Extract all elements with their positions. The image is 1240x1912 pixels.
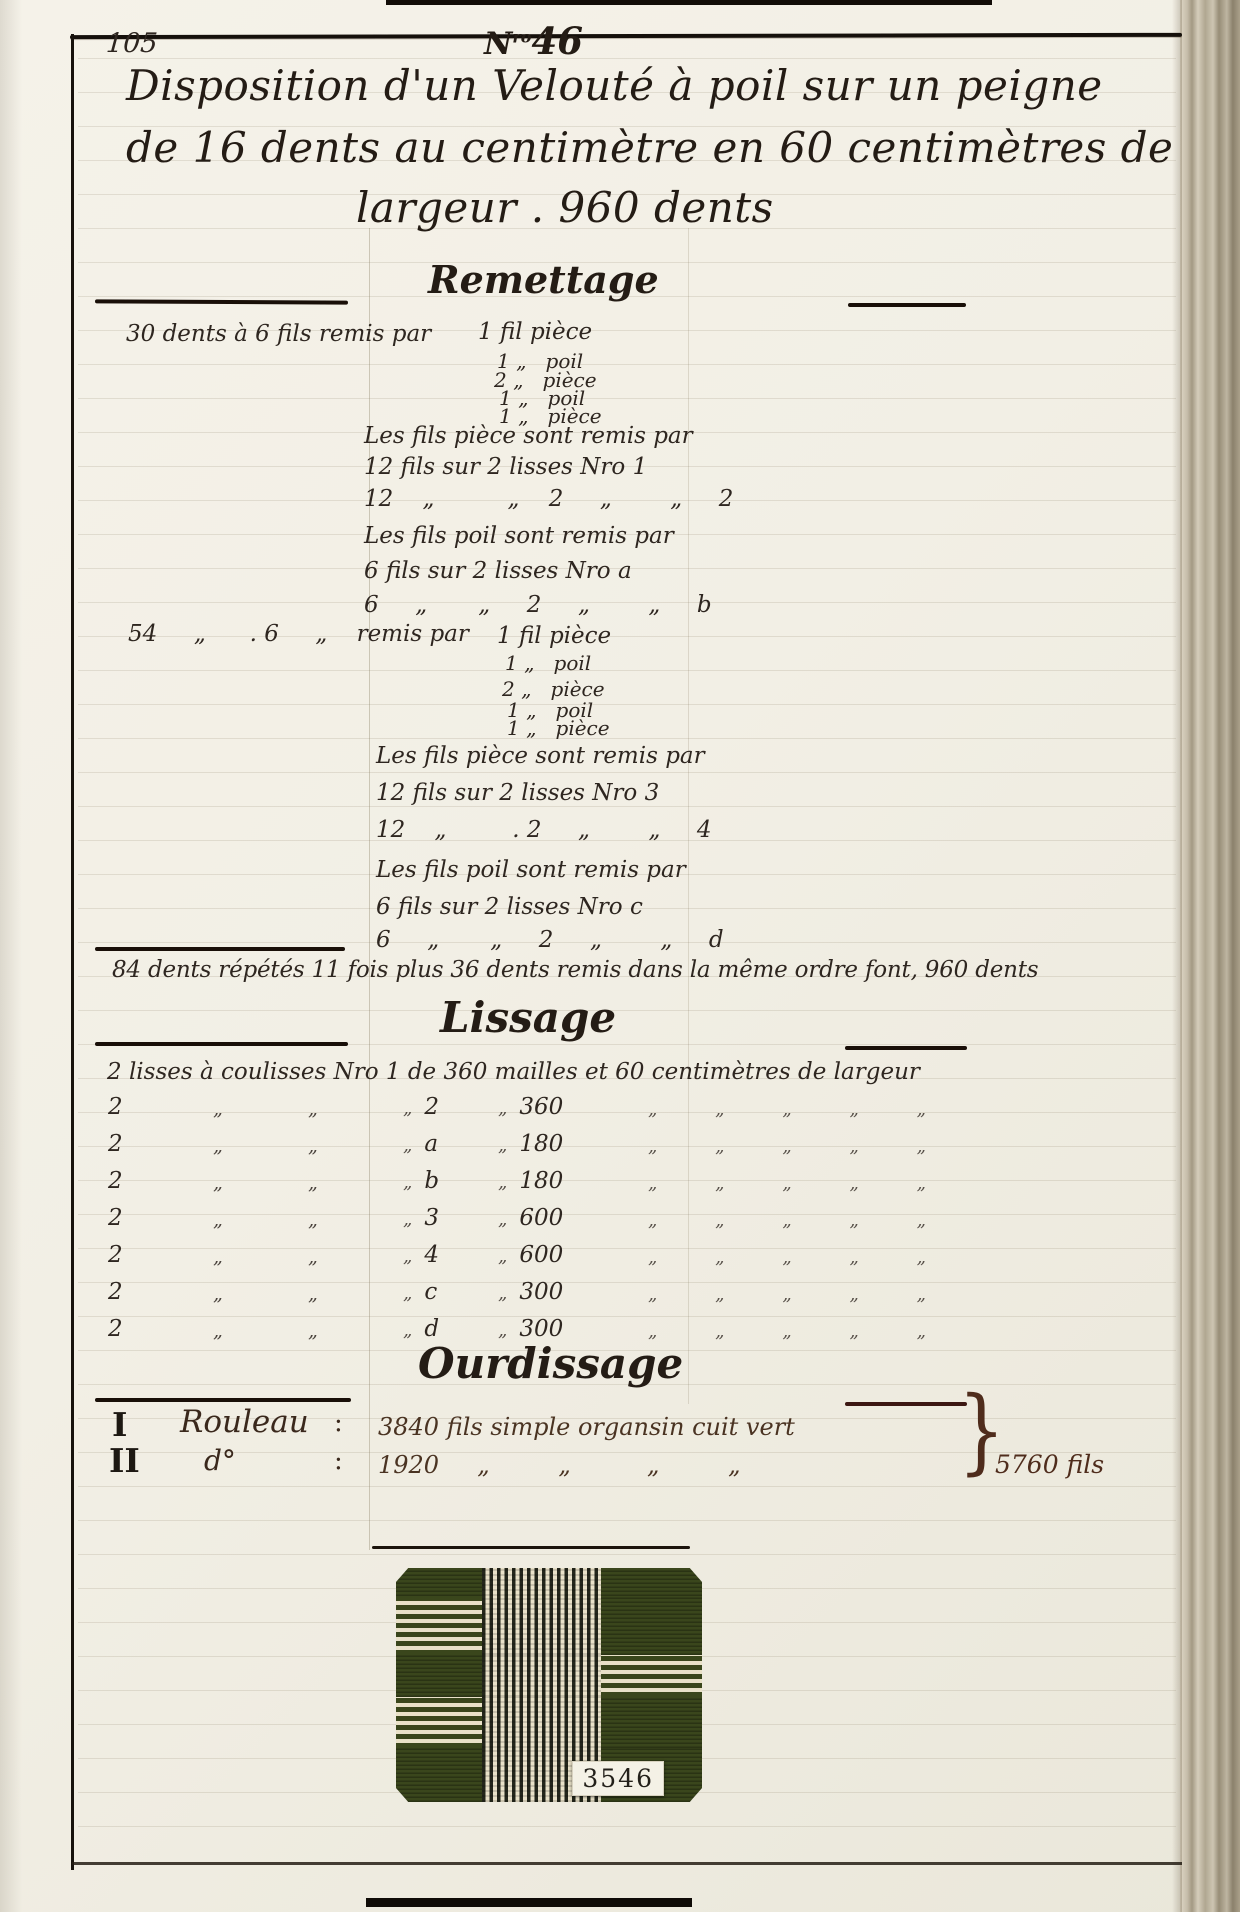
- folio-value: 46: [531, 19, 583, 63]
- swatch-cell-green: [396, 1568, 482, 1596]
- ditto-mark: „: [715, 1321, 724, 1342]
- ditto-mark: „: [782, 1210, 791, 1231]
- ditto-mark: „: [308, 1205, 403, 1231]
- ditto-mark: „: [498, 1098, 507, 1119]
- lissage-row-first: 2 lisses à coulisses Nro 1 de 360 maille…: [107, 1060, 920, 1084]
- ditto-marks-row: „„„„„: [618, 1131, 940, 1157]
- lissage-count: 2: [100, 1131, 213, 1157]
- lissage-count: 2: [100, 1168, 213, 1194]
- ditto-marks-row: „„„„„: [618, 1205, 940, 1231]
- ditto-mark: „: [308, 1242, 403, 1268]
- lisse-no-value: b: [424, 1168, 439, 1194]
- ditto-mark: „: [917, 1136, 926, 1157]
- lisse-no-value: 3: [424, 1205, 439, 1231]
- remettage-b2-poil-1: 6 fils sur 2 lisses Nro c: [376, 895, 643, 919]
- ditto-mark: „: [648, 1173, 657, 1194]
- remettage-b1-poil-2: 6 „ „ 2 „ „ b: [364, 593, 712, 617]
- ditto-mark: „: [308, 1131, 403, 1157]
- ourdissage-row2-numeral: II: [109, 1444, 140, 1479]
- ditto-marks-row: „„„„„: [618, 1279, 940, 1305]
- mailles-value: 600: [519, 1205, 563, 1231]
- lissage-row: 2 „ „ „4 „600 „„„„„: [100, 1242, 940, 1272]
- ditto-mark: „: [715, 1247, 724, 1268]
- lissage-row: 2 „ „ „b „180 „„„„„: [100, 1168, 940, 1198]
- lissage-row: 2 „ „ „a „180 „„„„„: [100, 1131, 940, 1161]
- remettage-b2-sub: 1 „ pièce: [507, 718, 610, 739]
- remettage-b2-piece-2: 12 „ . 2 „ „ 4: [376, 818, 712, 842]
- top-edge-rule: [386, 0, 992, 5]
- ditto-mark: „: [849, 1284, 858, 1305]
- lissage-count: 2: [100, 1094, 213, 1120]
- ditto-marks-row: „„„„„: [618, 1094, 940, 1120]
- swatch-rule: [372, 1546, 690, 1549]
- ourdissage-row2-label: d°: [204, 1446, 236, 1475]
- folio-superscript: ro: [512, 28, 531, 47]
- ditto-mark: „: [715, 1210, 724, 1231]
- ditto-mark: „: [917, 1247, 926, 1268]
- mailles-value: 180: [519, 1131, 563, 1157]
- lissage-lisse-no: „c: [403, 1279, 498, 1305]
- swatch-band: [396, 1596, 702, 1655]
- remettage-b1-first: 1 fil pièce: [478, 320, 592, 344]
- ditto-mark: „: [498, 1135, 507, 1156]
- ourdissage-row1-colon: :: [334, 1410, 343, 1437]
- ditto-mark: „: [213, 1316, 308, 1342]
- ditto-mark: „: [917, 1321, 926, 1342]
- lisse-no-value: 4: [424, 1242, 439, 1268]
- section-rule: [95, 947, 345, 951]
- ditto-mark: „: [782, 1284, 791, 1305]
- ditto-mark: „: [403, 1209, 412, 1230]
- lissage-row: 2 „ „ „c „300 „„„„„: [100, 1279, 940, 1309]
- fabric-swatch: 3546: [396, 1568, 702, 1802]
- ourdissage-row1-text: 3840 fils simple organsin cuit vert: [378, 1415, 795, 1440]
- ditto-mark: „: [403, 1246, 412, 1267]
- page-number: 105: [105, 30, 159, 58]
- ditto-mark: „: [849, 1173, 858, 1194]
- ditto-mark: „: [849, 1321, 858, 1342]
- swatch-number-label: 3546: [572, 1761, 664, 1796]
- ditto-mark: „: [648, 1284, 657, 1305]
- ditto-mark: „: [213, 1279, 308, 1305]
- swatch-band: [396, 1655, 702, 1697]
- ditto-mark: „: [213, 1094, 308, 1120]
- ditto-mark: „: [403, 1320, 412, 1341]
- remettage-b1-intro: 30 dents à 6 fils remis par: [126, 322, 431, 346]
- manuscript-page-photo: 105 Nro46 Disposition d'un Velouté à poi…: [0, 0, 1240, 1912]
- remettage-b1-poil-note: Les fils poil sont remis par: [364, 524, 674, 548]
- swatch-cell-vstripe: [482, 1596, 601, 1655]
- section-rule: [848, 303, 966, 307]
- remettage-b2-piece-1: 12 fils sur 2 lisses Nro 3: [376, 781, 659, 805]
- swatch-cell-green: [601, 1697, 702, 1748]
- page-frame-bottom: [72, 1862, 1182, 1865]
- ditto-mark: „: [782, 1099, 791, 1120]
- book-page-edges: [1180, 0, 1240, 1912]
- ditto-mark: „: [213, 1242, 308, 1268]
- swatch-cell-vstripe: [482, 1655, 601, 1697]
- ditto-mark: „: [782, 1173, 791, 1194]
- ditto-mark: „: [849, 1247, 858, 1268]
- swatch-cell-hstripe: [601, 1655, 702, 1697]
- ditto-mark: „: [715, 1099, 724, 1120]
- ditto-mark: „: [648, 1210, 657, 1231]
- lissage-lisse-no: „b: [403, 1168, 498, 1194]
- ourdissage-row1-label: Rouleau: [180, 1406, 309, 1439]
- ourdissage-row2-colon: :: [334, 1448, 343, 1475]
- lissage-lisse-no: „3: [403, 1205, 498, 1231]
- swatch-band: [396, 1568, 702, 1596]
- section-heading-ourdissage: Ourdissage: [418, 1342, 683, 1386]
- lissage-count: 2: [100, 1316, 213, 1342]
- ditto-mark: „: [849, 1099, 858, 1120]
- lissage-mailles: „180: [498, 1131, 618, 1157]
- remettage-b1-piece-1: 12 fils sur 2 lisses Nro 1: [364, 455, 647, 479]
- remettage-b2-poil-note: Les fils poil sont remis par: [376, 858, 686, 882]
- page-frame-left: [71, 34, 74, 1870]
- ditto-mark: „: [403, 1098, 412, 1119]
- lisse-no-value: c: [424, 1279, 437, 1305]
- ditto-mark: „: [715, 1284, 724, 1305]
- ditto-mark: „: [498, 1209, 507, 1230]
- lissage-count: 2: [100, 1242, 213, 1268]
- ditto-mark: „: [308, 1094, 403, 1120]
- swatch-cell-hstripe: [396, 1697, 482, 1748]
- lissage-mailles: „180: [498, 1168, 618, 1194]
- swatch-band: [396, 1697, 702, 1748]
- title-line-1: Disposition d'un Velouté à poil sur un p…: [126, 64, 1103, 108]
- folio-n: N: [484, 26, 512, 62]
- swatch-cell-hstripe: [396, 1596, 482, 1655]
- swatch-cell-vstripe: [482, 1697, 601, 1748]
- lissage-mailles: „600: [498, 1242, 618, 1268]
- ditto-mark: „: [403, 1172, 412, 1193]
- lissage-lisse-no: „2: [403, 1094, 498, 1120]
- ditto-mark: „: [213, 1131, 308, 1157]
- lisse-no-value: a: [424, 1131, 438, 1157]
- section-rule: [845, 1402, 967, 1406]
- remettage-b1-piece-2: 12 „ „ 2 „ „ 2: [364, 487, 733, 511]
- lissage-lisse-no: „4: [403, 1242, 498, 1268]
- ditto-mark: „: [498, 1172, 507, 1193]
- ditto-mark: „: [917, 1284, 926, 1305]
- ourdissage-row2-text: 1920 „ „ „ „: [378, 1453, 741, 1478]
- remettage-b2-poil-2: 6 „ „ 2 „ „ d: [376, 928, 724, 952]
- lissage-row: 2 „ „ „2 „360 „„„„„: [100, 1094, 940, 1124]
- mailles-value: 360: [519, 1094, 563, 1120]
- ditto-mark: „: [403, 1283, 412, 1304]
- lissage-count: 2: [100, 1205, 213, 1231]
- ditto-mark: „: [308, 1168, 403, 1194]
- ditto-marks-row: „„„„„: [618, 1242, 940, 1268]
- ditto-mark: „: [917, 1173, 926, 1194]
- ditto-mark: „: [403, 1135, 412, 1156]
- ditto-mark: „: [782, 1247, 791, 1268]
- remettage-summary: 84 dents répétés 11 fois plus 36 dents r…: [112, 958, 1038, 982]
- remettage-b2-intro: 54 „ . 6 „ remis par: [128, 622, 469, 646]
- ditto-mark: „: [213, 1205, 308, 1231]
- ourdissage-total: 5760 fils: [995, 1452, 1104, 1478]
- left-page-shading: [0, 0, 22, 1912]
- title-line-3: largeur . 960 dents: [356, 186, 774, 230]
- swatch-cell-green: [396, 1655, 482, 1697]
- mailles-value: 600: [519, 1242, 563, 1268]
- section-rule: [95, 1042, 348, 1046]
- ditto-mark: „: [648, 1136, 657, 1157]
- lissage-lisse-no: „a: [403, 1131, 498, 1157]
- title-line-2: de 16 dents au centimètre en 60 centimèt…: [126, 126, 1173, 170]
- section-heading-remettage: Remettage: [428, 260, 659, 300]
- lisse-no-value: 2: [424, 1094, 439, 1120]
- section-heading-lissage: Lissage: [440, 996, 616, 1040]
- remettage-b2-first: 1 fil pièce: [497, 624, 611, 648]
- lissage-mailles: „300: [498, 1279, 618, 1305]
- mailles-value: 300: [519, 1279, 563, 1305]
- ditto-mark: „: [498, 1320, 507, 1341]
- ditto-mark: „: [849, 1210, 858, 1231]
- remettage-b1-piece-note: Les fils pièce sont remis par: [364, 424, 693, 448]
- section-rule: [845, 1046, 967, 1050]
- page-frame-top: [70, 33, 1182, 39]
- section-rule: [95, 1398, 351, 1402]
- ditto-mark: „: [782, 1136, 791, 1157]
- ditto-mark: „: [498, 1246, 507, 1267]
- remettage-b2-sub: 1 „ poil: [505, 653, 591, 674]
- swatch-cell-green: [396, 1748, 482, 1802]
- lissage-count: 2: [100, 1279, 213, 1305]
- lissage-mailles: „360: [498, 1094, 618, 1120]
- remettage-b2-sub: 2 „ pièce: [502, 679, 605, 700]
- ditto-mark: „: [648, 1247, 657, 1268]
- ditto-mark: „: [917, 1099, 926, 1120]
- ourdissage-row1-numeral: I: [112, 1408, 127, 1443]
- remettage-b1-poil-1: 6 fils sur 2 lisses Nro a: [364, 559, 632, 583]
- ditto-mark: „: [782, 1321, 791, 1342]
- ditto-mark: „: [308, 1316, 403, 1342]
- mailles-value: 180: [519, 1168, 563, 1194]
- folio-number: Nro46: [484, 22, 583, 61]
- remettage-b2-piece-note: Les fils pièce sont remis par: [376, 744, 705, 768]
- ditto-mark: „: [715, 1173, 724, 1194]
- bottom-margin-rule: [366, 1898, 692, 1907]
- ditto-mark: „: [308, 1279, 403, 1305]
- lissage-row: 2 „ „ „3 „600 „„„„„: [100, 1205, 940, 1235]
- ditto-mark: „: [648, 1099, 657, 1120]
- ditto-mark: „: [849, 1136, 858, 1157]
- ditto-mark: „: [917, 1210, 926, 1231]
- ditto-marks-row: „„„„„: [618, 1168, 940, 1194]
- swatch-cell-green: [601, 1568, 702, 1596]
- swatch-cell-vstripe: [482, 1568, 601, 1596]
- ditto-mark: „: [213, 1168, 308, 1194]
- ditto-mark: „: [715, 1136, 724, 1157]
- swatch-cell-green: [601, 1596, 702, 1655]
- lissage-mailles: „600: [498, 1205, 618, 1231]
- ditto-mark: „: [498, 1283, 507, 1304]
